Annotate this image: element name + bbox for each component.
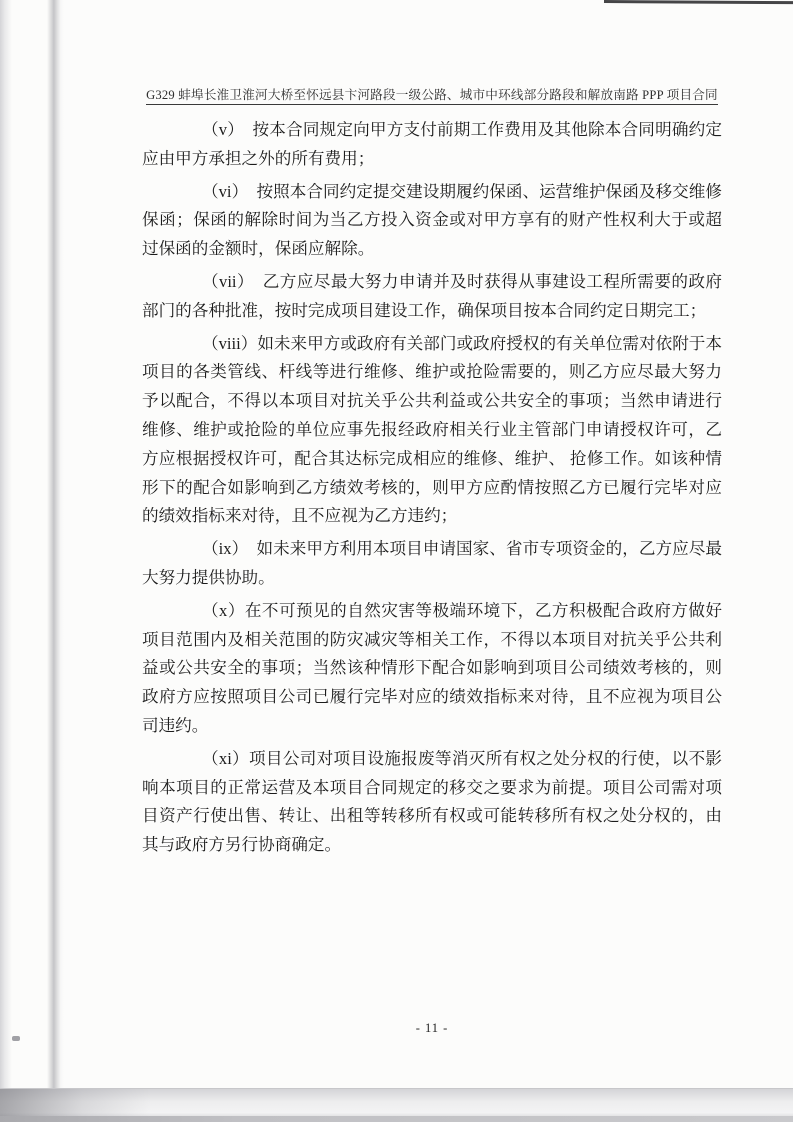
- contract-clause: （x）在不可预见的自然灾害等极端环境下，乙方积极配合政府方做好项目范围内及相关范…: [142, 597, 722, 741]
- document-header: G329 蚌埠长淮卫淮河大桥至怀远县卞河路段一级公路、城市中环线部分路段和解放南…: [128, 84, 736, 103]
- contract-clause: （xi）项目公司对项目设施报废等消灭所有权之处分权的行使，以不影响本项目的正常运…: [142, 745, 722, 860]
- contract-clause: （v） 按本合同规定向甲方支付前期工作费用及其他除本合同明确约定应由甲方承担之外…: [142, 116, 722, 174]
- scan-top-edge-line: [604, 0, 793, 4]
- header-title: G329 蚌埠长淮卫淮河大桥至怀远县卞河路段一级公路、城市中环线部分路段和解放南…: [146, 88, 718, 105]
- contract-clause: （vii） 乙方应尽最大努力申请并及时获得从事建设工程所需要的政府部门的各种批准…: [142, 268, 722, 326]
- scan-bottom-strip: [0, 1116, 793, 1122]
- page-number: - 11 -: [416, 1021, 449, 1035]
- contract-clause: （ix） 如未来甲方利用本项目申请国家、省市专项资金的，乙方应尽最大努力提供协助…: [142, 535, 722, 593]
- contract-clause: （vi） 按照本合同约定提交建设期履约保函、运营维护保函及移交维修保函；保函的解…: [142, 178, 722, 264]
- scan-left-edge-shade: [0, 0, 12, 1090]
- scan-speck: [12, 1036, 20, 1041]
- scanned-contract-page: G329 蚌埠长淮卫淮河大桥至怀远县卞河路段一级公路、城市中环线部分路段和解放南…: [0, 0, 793, 1122]
- page-footer: - 11 -: [142, 1021, 722, 1036]
- scan-fold-shadow-line: [47, 0, 64, 1091]
- document-body: （v） 按本合同规定向甲方支付前期工作费用及其他除本合同明确约定应由甲方承担之外…: [142, 116, 722, 864]
- contract-clause: （viii）如未来甲方或政府有关部门或政府授权的有关单位需对依附于本项目的各类管…: [142, 330, 722, 532]
